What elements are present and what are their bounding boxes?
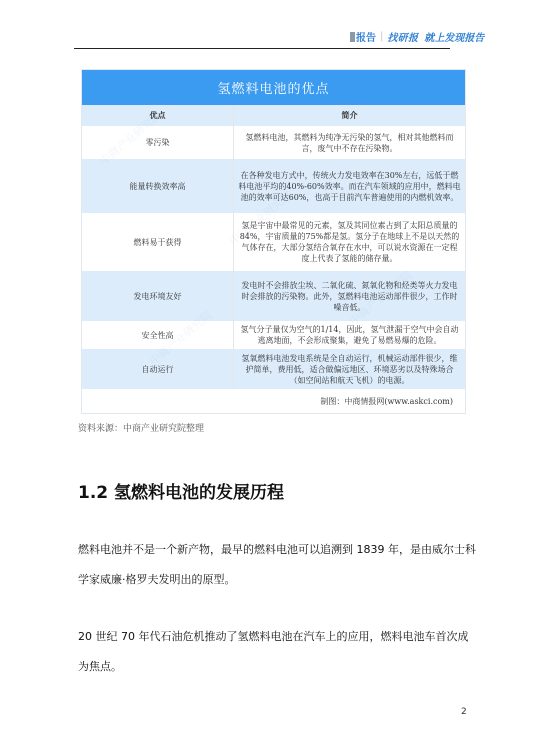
source-note: 资料来源：中商产业研究院整理 [78, 421, 204, 434]
description-cell: 氢燃料电池，其燃料为纯净无污染的氢气，相对其他燃料而言，废气中不存在污染物。 [234, 126, 466, 159]
brand-separator: | [380, 31, 383, 42]
header-rule [74, 48, 450, 49]
table-row: 发电环境友好 发电时不会排放尘埃、二氧化硫、氮氧化物和烃类等火力发电时会排放的污… [82, 271, 465, 321]
paragraph: 20 世纪 70 年代石油危机推动了氢燃料电池在汽车上的应用，燃料电池车首次成为… [78, 622, 478, 682]
brand: 报告 | 找研报 就上发现报告 [350, 29, 484, 44]
brand-slogan-1: 找研报 [387, 29, 418, 44]
table-row: 零污染 氢燃料电池，其燃料为纯净无污染的氢气，相对其他燃料而言，废气中不存在污染… [82, 126, 465, 159]
page-header: 报告 | 找研报 就上发现报告 [0, 0, 544, 50]
table-row: 自动运行 氢氧燃料电池发电系统是全自动运行，机械运动部件很少，维护简单，费用低，… [82, 349, 465, 389]
advantage-cell: 自动运行 [82, 349, 234, 389]
advantage-cell: 燃料易于获得 [82, 213, 234, 271]
advantages-table-figure: 氢燃料电池的优点 优点 简介 零污染 氢燃料电池，其燃料为纯净无污染的氢气，相对… [81, 69, 466, 414]
table-row: 安全性高 氢气分子量仅为空气的1/14，因此，氢气泄漏于空气中会自动逃离地面，不… [82, 321, 465, 349]
paragraph: 燃料电池并不是一个新产物，最早的燃料电池可以追溯到 1839 年，是由威尔士科学… [78, 535, 478, 595]
column-header-description: 简介 [234, 105, 466, 126]
advantage-cell: 安全性高 [82, 321, 234, 349]
description-cell: 在各种发电方式中，传统火力发电效率在30%左右，远低于燃料电池平均的40%-60… [234, 159, 466, 213]
logo-mark-icon [350, 32, 355, 42]
advantage-cell: 发电环境友好 [82, 271, 234, 321]
table-title: 氢燃料电池的优点 [82, 70, 465, 105]
column-header-advantage: 优点 [82, 105, 234, 126]
table-credit: 制图：中商情报网(www.askci.com) [82, 389, 465, 413]
description-cell: 氢氧燃料电池发电系统是全自动运行，机械运动部件很少，维护简单，费用低，适合做偏远… [234, 349, 466, 389]
brand-logo: 报告 [356, 29, 376, 44]
section-heading: 1.2 氢燃料电池的发展历程 [78, 478, 284, 503]
description-cell: 氢气分子量仅为空气的1/14，因此，氢气泄漏于空气中会自动逃离地面，不会形成聚集… [234, 321, 466, 349]
table-row: 能量转换效率高 在各种发电方式中，传统火力发电效率在30%左右，远低于燃料电池平… [82, 159, 465, 213]
advantage-cell: 能量转换效率高 [82, 159, 234, 213]
brand-slogan-2: 就上发现报告 [424, 29, 484, 44]
table-credit-row: 制图：中商情报网(www.askci.com) [82, 389, 465, 413]
description-cell: 氢是宇宙中最常见的元素，氢及其同位素占到了太阳总质量的84%，宇宙质量的75%都… [234, 213, 466, 271]
table-header-row: 优点 简介 [82, 105, 465, 126]
advantage-cell: 零污染 [82, 126, 234, 159]
advantages-table: 优点 简介 零污染 氢燃料电池，其燃料为纯净无污染的氢气，相对其他燃料而言，废气… [82, 105, 465, 413]
description-cell: 发电时不会排放尘埃、二氧化硫、氮氧化物和烃类等火力发电时会排放的污染物。此外，氢… [234, 271, 466, 321]
table-row: 燃料易于获得 氢是宇宙中最常见的元素，氢及其同位素占到了太阳总质量的84%，宇宙… [82, 213, 465, 271]
page-number: 2 [461, 707, 467, 717]
